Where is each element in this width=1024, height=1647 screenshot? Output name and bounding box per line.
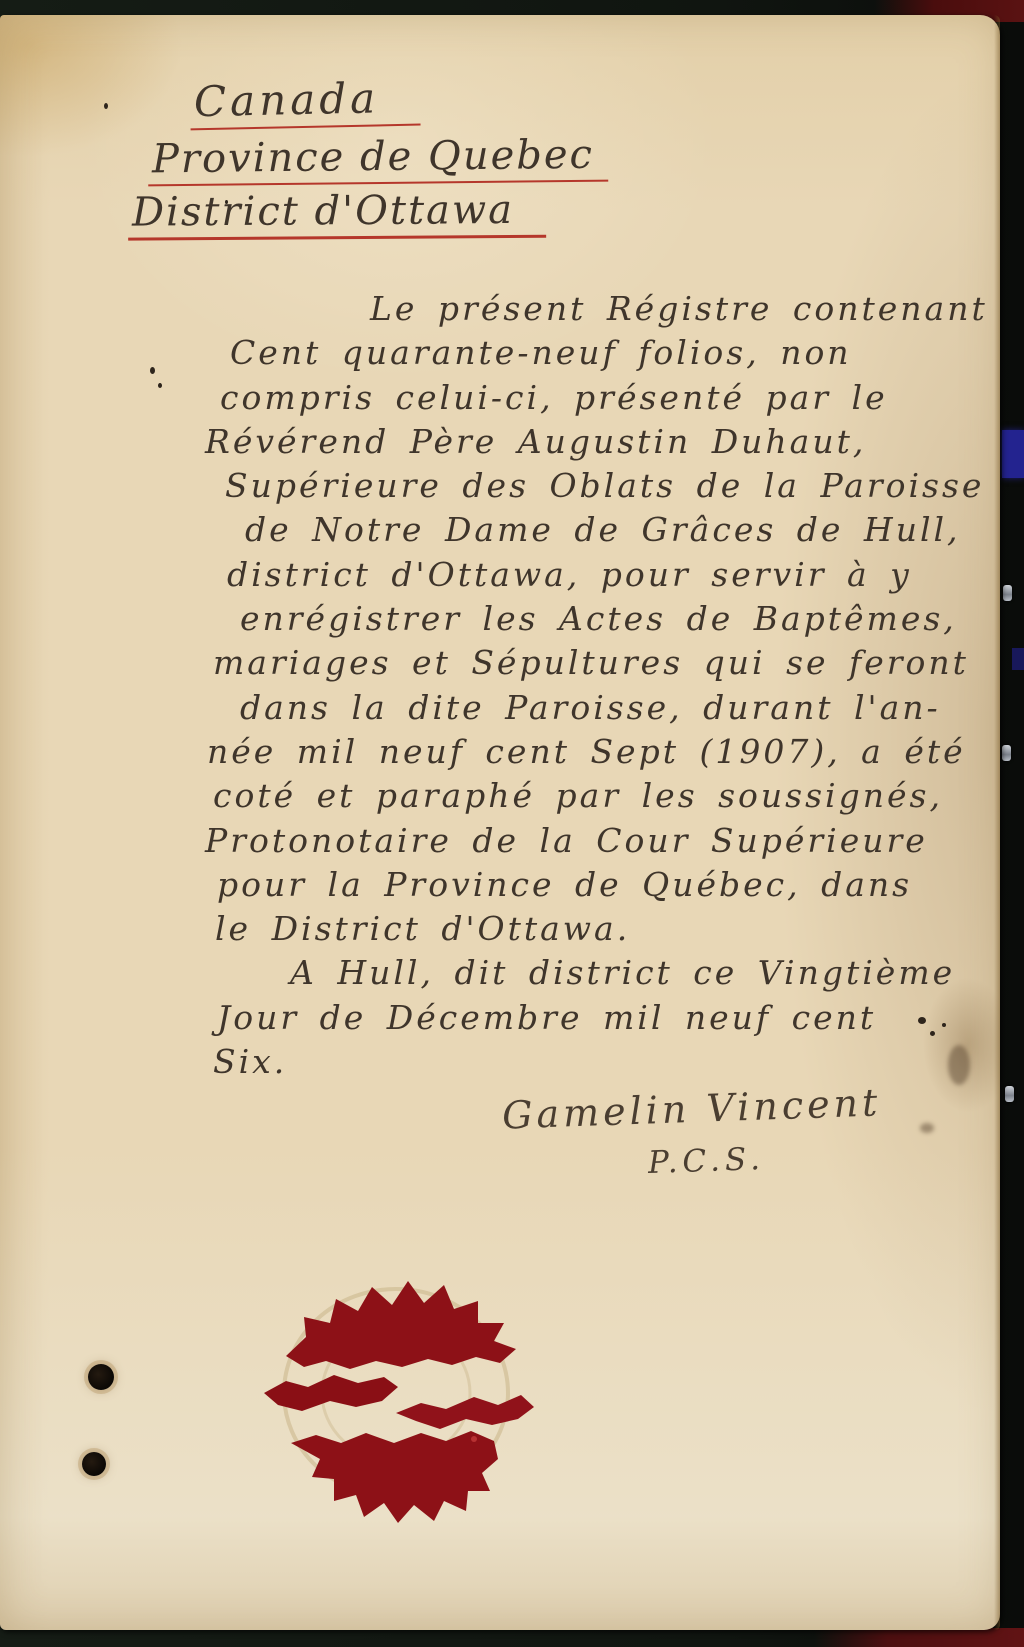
cover-corner-bottom-right [814, 1628, 1024, 1647]
manuscript-line: Protonotaire de la Cour Supérieure [205, 819, 985, 863]
header-country: Canada [189, 69, 608, 131]
manuscript-line: pour la Province de Québec, dans [217, 863, 985, 907]
manuscript-line: Six. [213, 1040, 985, 1084]
binding-staple-icon [1005, 1086, 1014, 1102]
manuscript-line: Le présent Régistre contenant [370, 287, 985, 331]
manuscript-line: A Hull, dit district ce Vingtième [290, 951, 985, 995]
binding-staple-icon [1003, 585, 1012, 601]
manuscript-line: coté et paraphé par les soussignés, [213, 774, 985, 818]
notary-seal [246, 1261, 546, 1529]
manuscript-line: mariages et Sépultures qui se feront [213, 641, 985, 685]
notary-signature: Gamelin Vincent [501, 1080, 882, 1137]
seal-mid-right-fragment [396, 1395, 534, 1429]
manuscript-line: de Notre Dame de Grâces de Hull, [245, 508, 985, 552]
manuscript-line: district d'Ottawa, pour servir à y [227, 553, 985, 597]
manuscript-line: Jour de Décembre mil neuf cent [217, 996, 985, 1040]
header-province: Province de Quebec [148, 132, 608, 187]
manuscript-line: Supérieure des Oblats de la Paroisse [225, 464, 985, 508]
manuscript-line: compris celui-ci, présenté par le [220, 376, 985, 420]
manuscript-line: Révérend Père Augustin Duhaut, [205, 420, 985, 464]
page-binding-shadow [994, 15, 1000, 1630]
punch-hole [88, 1364, 114, 1390]
manuscript-body: Le présent Régistre contenant Cent quara… [205, 287, 985, 1084]
manuscript-line: dans la dite Paroisse, durant l'an- [240, 686, 985, 730]
manuscript-line: Cent quarante-neuf folios, non [230, 331, 985, 375]
notary-signature-title: P.C.S. [647, 1141, 765, 1181]
seal-top-fragment [286, 1281, 516, 1369]
binding-blue-patch-small [1012, 648, 1024, 670]
manuscript-line: née mil neuf cent Sept (1907), a été [207, 730, 985, 774]
register-page: Canada Province de Quebec District d'Ott… [0, 15, 1000, 1630]
binding-blue-patch [1002, 430, 1024, 478]
document-header: Canada Province de Quebec District d'Ott… [128, 73, 608, 239]
seal-bottom-fragment [291, 1431, 498, 1523]
binding-staple-icon [1002, 745, 1011, 761]
header-district: District d'Ottawa [128, 186, 608, 240]
manuscript-line: enrégistrer les Actes de Baptêmes, [240, 597, 985, 641]
punch-hole [82, 1452, 106, 1476]
manuscript-line: le District d'Ottawa. [215, 907, 985, 951]
